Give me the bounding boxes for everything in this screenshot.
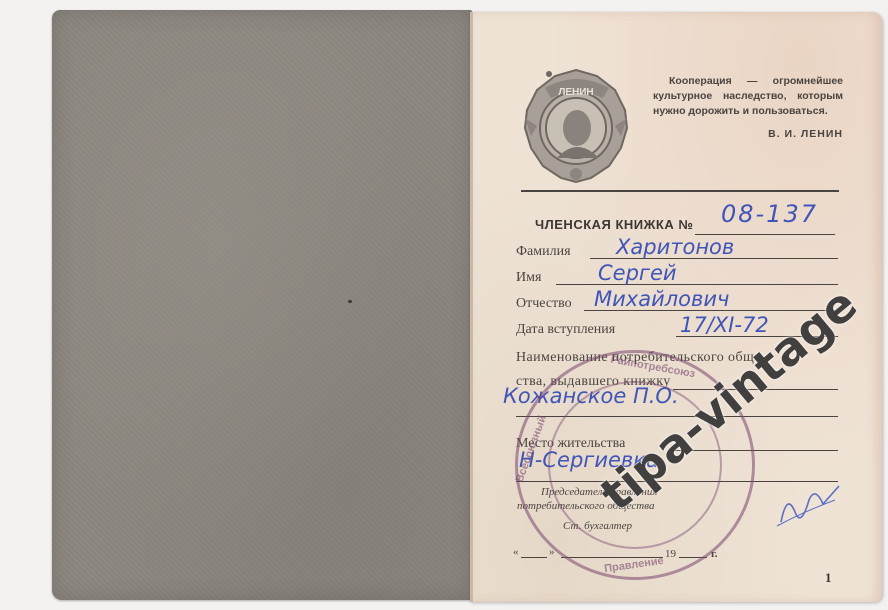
svg-text:ЛЕНИН: ЛЕНИН xyxy=(558,87,593,98)
surname-label: Фамилия xyxy=(516,244,571,260)
date-year-suffix: г. xyxy=(711,548,718,560)
signature-scribble xyxy=(773,482,843,532)
cover-speck xyxy=(348,300,352,303)
join-date-label: Дата вступления xyxy=(516,322,615,338)
surname-field: Фамилия Харитонов xyxy=(516,240,838,262)
quote-author: В. И. ЛЕНИН xyxy=(653,127,843,142)
membership-booklet: ЛЕНИН Кооперация — огромнейшее культурно… xyxy=(0,0,888,610)
inside-cover-page xyxy=(52,10,472,600)
patronymic-value: Михайлович xyxy=(594,287,729,311)
date-day-line xyxy=(521,557,547,558)
patronymic-label: Отчество xyxy=(516,296,572,312)
card-title: ЧЛЕНСКАЯ КНИЖКА № xyxy=(535,217,693,232)
lenin-quote: Кооперация — огромнейшее культурное насл… xyxy=(653,74,843,142)
join-date-value: 17/XI-72 xyxy=(680,313,769,337)
date-open-quote: « xyxy=(513,546,519,558)
order-of-lenin-icon: ЛЕНИН xyxy=(517,66,635,186)
accountant-label: Ст. бухгалтер xyxy=(563,520,632,532)
name-label: Имя xyxy=(516,270,541,286)
date-close-quote: » xyxy=(549,546,555,558)
page-number: 1 xyxy=(825,570,832,586)
header-divider xyxy=(521,190,839,192)
name-field: Имя Сергей xyxy=(516,266,838,288)
surname-value: Харитонов xyxy=(616,235,734,259)
date-month-line xyxy=(561,557,663,558)
date-year-prefix: 19 xyxy=(665,548,676,560)
date-year-line xyxy=(679,557,707,558)
quote-text: Кооперация — огромнейшее культурное насл… xyxy=(653,74,843,119)
card-number: 08-137 xyxy=(721,200,818,228)
name-value: Сергей xyxy=(598,261,677,285)
society-value: Кожанское П.О. xyxy=(503,384,679,408)
